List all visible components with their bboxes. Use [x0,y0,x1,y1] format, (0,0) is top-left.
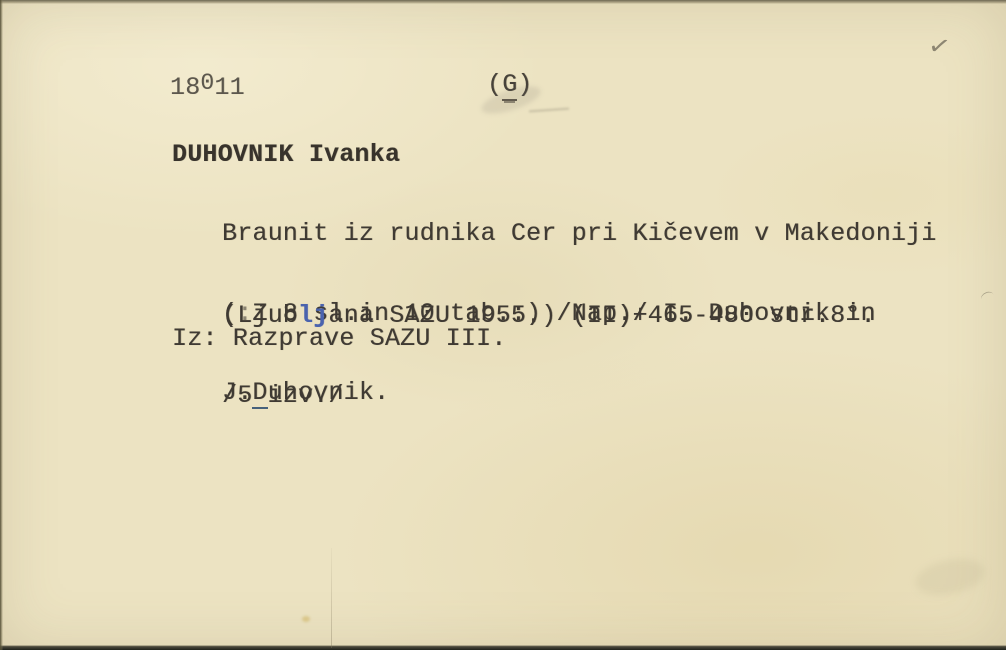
catalog-number-pre: 18 [170,73,200,102]
author-heading: DUHOVNIK Ivanka [172,142,400,169]
catalog-number: 18011 [170,75,245,102]
source-note: Iz: Razprave SAZU III. [172,326,506,353]
imprint-line-2: /5 izv./ [222,383,876,410]
paper-stain [302,616,310,622]
paper-smudge [912,553,988,601]
catalog-card: 18011 (G) ✓ DUHOVNIK Ivanka Braunit iz r… [0,0,1006,650]
scan-edge-top [0,0,1006,4]
paper-crease [331,548,332,648]
pen-curl-mark [980,290,996,304]
pencil-dash [529,108,569,113]
title-line-1: Braunit iz rudnika Cer pri Kičevem v Mak… [222,221,937,248]
catalog-number-post: 11 [214,73,244,102]
scan-edge-bottom [0,645,1006,650]
scan-edge-left [0,0,3,650]
catalog-number-raised-zero: 0 [200,70,214,96]
checkmark-annotation: ✓ [926,34,952,61]
imprint-block: (Ljubljana SAZU 1955.) (II)+465-480 str.… [222,250,876,462]
